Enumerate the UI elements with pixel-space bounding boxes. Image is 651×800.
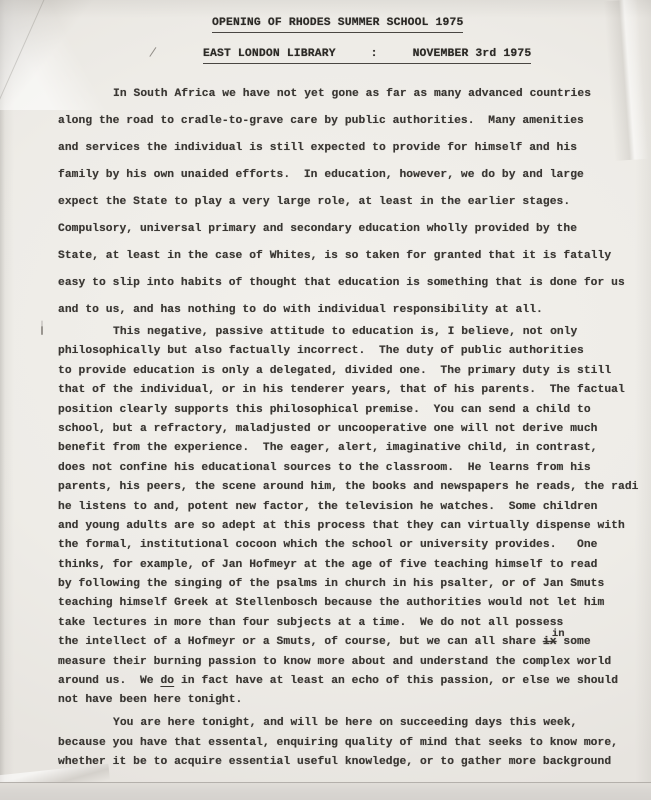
text-line: that of the individual, or in his tender…: [58, 381, 651, 400]
ink-smudge: [41, 326, 43, 335]
text-line: teaching himself Greek at Stellenbosch b…: [58, 594, 651, 613]
text-line: benefit from the experience. The eager, …: [58, 439, 651, 458]
text-line: and services the individual is still exp…: [58, 135, 651, 162]
text-line: and to us, and has nothing to do with in…: [58, 297, 651, 324]
document-page: OPENING OF RHODES SUMMER SCHOOL 1975 EAS…: [0, 0, 651, 800]
document-title: OPENING OF RHODES SUMMER SCHOOL 1975: [212, 17, 463, 33]
text-line: and young adults are so adept at this pr…: [58, 517, 651, 536]
text-line: This negative, passive attitude to educa…: [58, 323, 651, 342]
paragraph: You are here tonight, and will be here o…: [58, 714, 651, 773]
document-subtitle: EAST LONDON LIBRARY : NOVEMBER 3rd 1975: [203, 48, 531, 64]
text-line: not have been here tonight.: [58, 691, 651, 710]
text-line: by following the singing of the psalms i…: [58, 575, 651, 594]
text-line: You are here tonight, and will be here o…: [58, 714, 651, 734]
text-line: around us. We do in fact have at least a…: [58, 672, 651, 691]
text-line: In South Africa we have not yet gone as …: [58, 81, 651, 108]
text-line: does not confine his educational sources…: [58, 459, 651, 478]
text-line: whether it be to acquire essential usefu…: [58, 753, 651, 773]
text-line: family by his own unaided efforts. In ed…: [58, 162, 651, 189]
text-line: expect the State to play a very large ro…: [58, 189, 651, 216]
text-line: easy to slip into habits of thought that…: [58, 270, 651, 297]
text-line: position clearly supports this philosoph…: [58, 401, 651, 420]
paragraph: In South Africa we have not yet gone as …: [58, 81, 651, 324]
text-line: the formal, institutional cocoon which t…: [58, 536, 651, 555]
text-line: parents, his peers, the scene around him…: [58, 478, 651, 497]
text-line: the intellect of a Hofmeyr or a Smuts, o…: [58, 633, 651, 652]
text-line: Compulsory, universal primary and second…: [58, 216, 651, 243]
text-line: philosophically but also factually incor…: [58, 342, 651, 361]
pen-mark: [149, 47, 162, 60]
paper-crease-line: [0, 0, 45, 117]
text-line: along the road to cradle-to-grave care b…: [58, 108, 651, 135]
text-line: State, at least in the case of Whites, i…: [58, 243, 651, 270]
text-line: to provide education is only a delegated…: [58, 362, 651, 381]
paper-bottom-edge: [0, 782, 651, 800]
paragraph: This negative, passive attitude to educa…: [58, 323, 651, 711]
text-line: because you have that essental, enquirin…: [58, 734, 651, 754]
text-line: measure their burning passion to know mo…: [58, 653, 651, 672]
text-line: he listens to and, potent new factor, th…: [58, 498, 651, 517]
text-line: thinks, for example, of Jan Hofmeyr at t…: [58, 556, 651, 575]
typed-correction: inix: [543, 636, 557, 648]
text-line: school, but a refractory, maladjusted or…: [58, 420, 651, 439]
